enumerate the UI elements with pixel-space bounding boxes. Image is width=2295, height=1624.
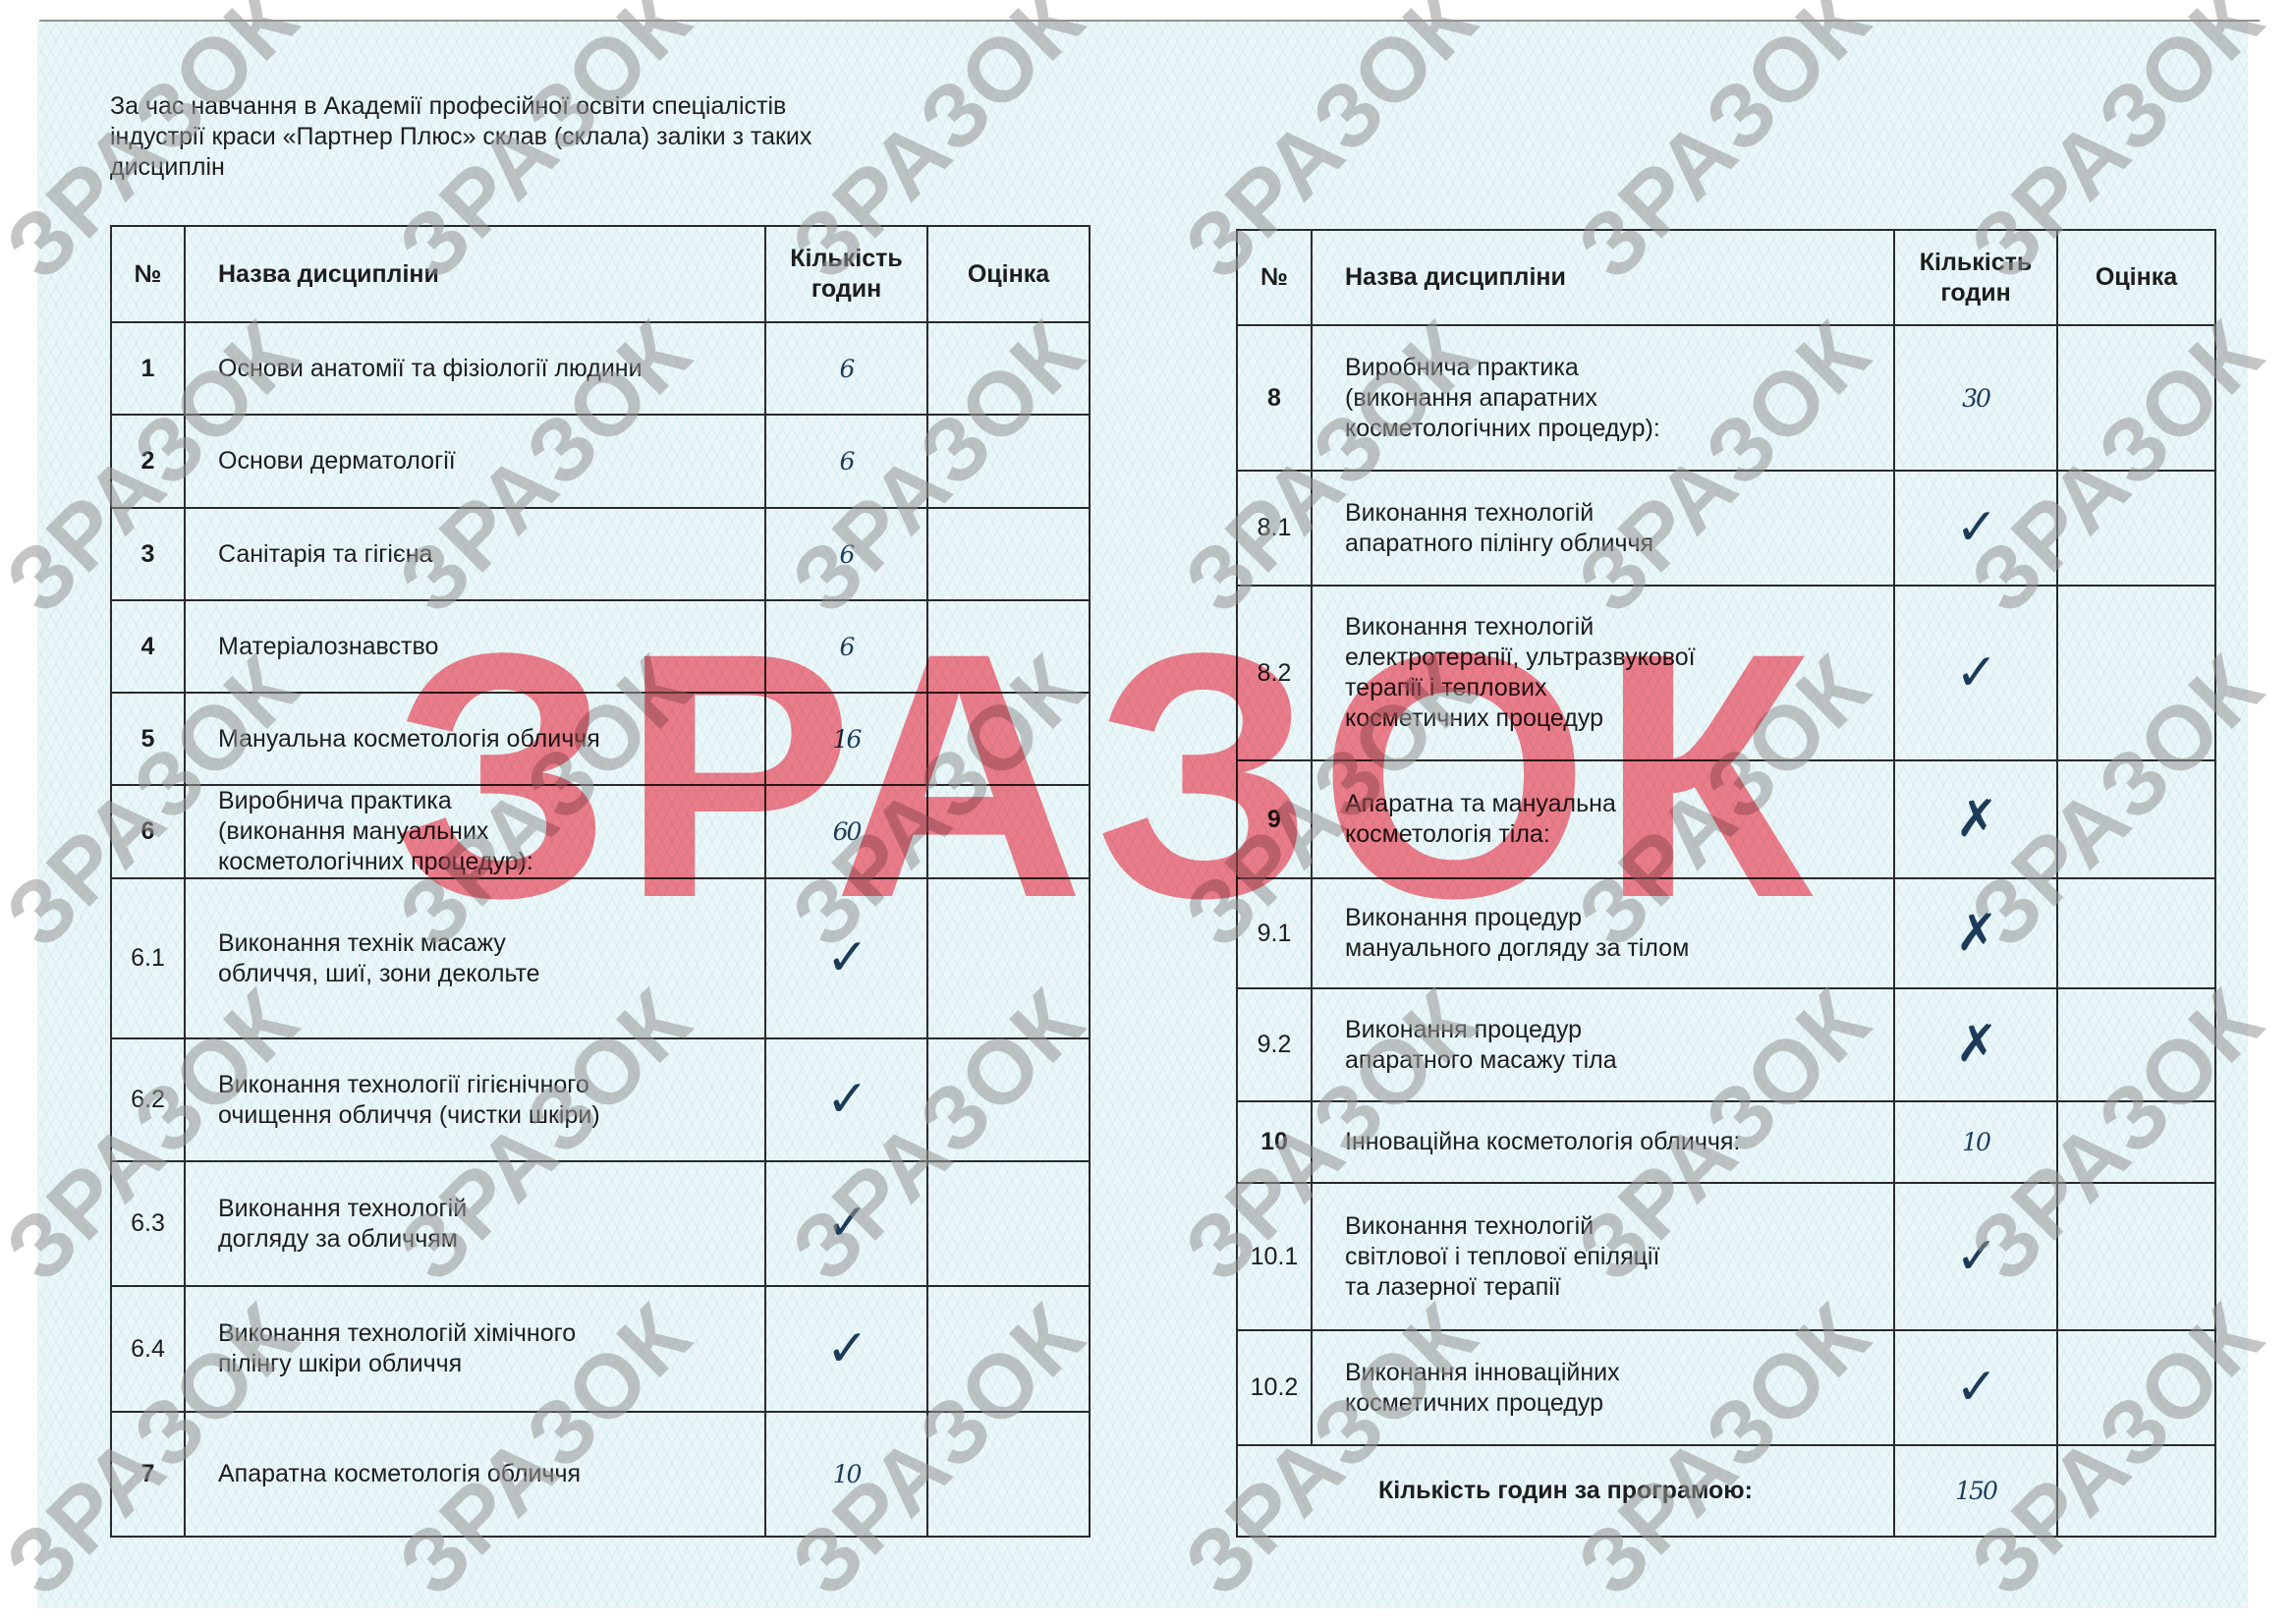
- hours-value: 6: [765, 508, 927, 600]
- hours-value: 60: [765, 785, 927, 878]
- table-row: 8.2Виконання технологійелектротерапії, у…: [1237, 586, 2215, 760]
- row-number: 6.1: [111, 878, 185, 1038]
- discipline-name-line: Виробнича практика: [1345, 353, 1885, 383]
- discipline-name-line: очищення обличчя (чистки шкіри): [218, 1100, 756, 1131]
- table-row: 10Інноваційна косметологія обличчя:10: [1237, 1101, 2215, 1183]
- checkmark-icon: ✓: [765, 1161, 927, 1286]
- discipline-name-line: догляду за обличчям: [218, 1224, 756, 1255]
- table-row: 2Основи дерматології6: [111, 415, 1090, 508]
- table-row: 9Апаратна та мануальнакосметологія тіла:…: [1237, 760, 2215, 878]
- table-row: 6Виробнича практика(виконання мануальних…: [111, 785, 1090, 878]
- grade-cell: [2057, 878, 2215, 988]
- grade-cell: [2057, 471, 2215, 586]
- grade-cell: [2057, 1101, 2215, 1183]
- hours-value: 6: [765, 415, 927, 508]
- total-hours: 150: [1894, 1445, 2057, 1537]
- header-hours: Кількість годин: [765, 226, 927, 322]
- grade-cell: [2057, 988, 2215, 1101]
- hours-value: 30: [1894, 325, 2057, 471]
- discipline-name-line: Виконання інноваційних: [1345, 1358, 1885, 1388]
- discipline-name-line: Виконання процедур: [1345, 903, 1885, 933]
- header-hours-line1: Кількість: [766, 244, 926, 274]
- cross-mark-icon: ✗: [1894, 988, 2057, 1101]
- total-label: Кількість годин за програмою:: [1237, 1445, 1894, 1537]
- cross-mark-icon: ✗: [1894, 878, 2057, 988]
- row-number: 9.1: [1237, 878, 1312, 988]
- discipline-name-line: Мануальна косметологія обличчя: [218, 724, 756, 755]
- discipline-name-line: світлової і теплової епіляції: [1345, 1242, 1885, 1272]
- grade-cell: [2057, 1183, 2215, 1330]
- cross-mark-icon: ✗: [1894, 760, 2057, 878]
- discipline-name: Виконання технологійелектротерапії, ульт…: [1312, 586, 1894, 760]
- row-number: 8.1: [1237, 471, 1312, 586]
- discipline-name-line: мануального догляду за тілом: [1345, 933, 1885, 964]
- row-number: 5: [111, 693, 185, 785]
- table-row: 6.1Виконання технік масажуобличчя, шиї, …: [111, 878, 1090, 1038]
- discipline-name-line: Основи дерматології: [218, 446, 756, 476]
- discipline-name-line: Інноваційна косметологія обличчя:: [1345, 1127, 1885, 1157]
- hours-value: 10: [765, 1412, 927, 1537]
- grade-cell: [927, 1161, 1090, 1286]
- header-grade: Оцінка: [927, 226, 1090, 322]
- table-row: 4Матеріалознавство6: [111, 600, 1090, 693]
- discipline-name-line: Виконання технології гігієнічного: [218, 1070, 756, 1100]
- discipline-name: Основи анатомії та фізіології людини: [185, 322, 765, 415]
- discipline-name-line: косметологія тіла:: [1345, 819, 1885, 850]
- row-number: 9: [1237, 760, 1312, 878]
- intro-line: індустрії краси «Партнер Плюс» склав (ск…: [110, 122, 1092, 152]
- disciplines-table-left: № Назва дисципліни Кількість годин Оцінк…: [110, 225, 1091, 1538]
- discipline-name: Мануальна косметологія обличчя: [185, 693, 765, 785]
- checkmark-icon: ✓: [1894, 1330, 2057, 1445]
- header-hours: Кількість годин: [1894, 230, 2057, 325]
- row-number: 7: [111, 1412, 185, 1537]
- discipline-name: Виробнича практика(виконання апаратнихко…: [1312, 325, 1894, 471]
- table-header-row: № Назва дисципліни Кількість годин Оцінк…: [1237, 230, 2215, 325]
- discipline-name-line: Виконання технологій: [1345, 1211, 1885, 1242]
- grade-cell: [2057, 325, 2215, 471]
- table-row: 10.1Виконання технологійсвітлової і тепл…: [1237, 1183, 2215, 1330]
- grade-cell: [927, 600, 1090, 693]
- discipline-name: Інноваційна косметологія обличчя:: [1312, 1101, 1894, 1183]
- table-row: 7Апаратна косметологія обличчя10: [111, 1412, 1090, 1537]
- discipline-name-line: Виробнича практика: [218, 786, 756, 816]
- discipline-name-line: Матеріалознавство: [218, 632, 756, 662]
- grade-cell: [2057, 1330, 2215, 1445]
- grade-cell: [927, 322, 1090, 415]
- header-hours-line2: годин: [1895, 278, 2056, 308]
- table-row: 8Виробнича практика(виконання апаратнихк…: [1237, 325, 2215, 471]
- total-grade: [2057, 1445, 2215, 1537]
- table-row: 5Мануальна косметологія обличчя16: [111, 693, 1090, 785]
- table-row: 1Основи анатомії та фізіології людини6: [111, 322, 1090, 415]
- discipline-name: Виконання технологійсвітлової і теплової…: [1312, 1183, 1894, 1330]
- grade-cell: [927, 1286, 1090, 1412]
- row-number: 8.2: [1237, 586, 1312, 760]
- discipline-name-line: (виконання апаратних: [1345, 383, 1885, 414]
- discipline-name-line: пілінгу шкіри обличчя: [218, 1349, 756, 1379]
- discipline-name-line: Виконання технологій: [1345, 498, 1885, 529]
- hours-value: 6: [765, 322, 927, 415]
- discipline-name-line: косметичних процедур: [1345, 703, 1885, 734]
- grade-cell: [927, 508, 1090, 600]
- discipline-name-line: Апаратна косметологія обличчя: [218, 1459, 756, 1489]
- row-number: 1: [111, 322, 185, 415]
- grade-cell: [927, 693, 1090, 785]
- discipline-name-line: Виконання процедур: [1345, 1015, 1885, 1045]
- discipline-name-line: Апаратна та мануальна: [1345, 789, 1885, 819]
- row-number: 6.4: [111, 1286, 185, 1412]
- discipline-name-line: апаратного масажу тіла: [1345, 1045, 1885, 1076]
- intro-line: За час навчання в Академії професійної о…: [110, 91, 1092, 122]
- header-number: №: [1237, 230, 1312, 325]
- discipline-name: Апаратна косметологія обличчя: [185, 1412, 765, 1537]
- discipline-name: Матеріалознавство: [185, 600, 765, 693]
- header-hours-line2: годин: [766, 274, 926, 305]
- disciplines-table-right: № Назва дисципліни Кількість годин Оцінк…: [1236, 229, 2216, 1538]
- discipline-name-line: Виконання технологій: [1345, 612, 1885, 643]
- hours-value: 10: [1894, 1101, 2057, 1183]
- discipline-name: Виконання технологійдогляду за обличчям: [185, 1161, 765, 1286]
- intro-paragraph: За час навчання в Академії професійної о…: [110, 91, 1092, 183]
- right-table-body: 8Виробнича практика(виконання апаратнихк…: [1237, 325, 2215, 1445]
- discipline-name: Основи дерматології: [185, 415, 765, 508]
- header-grade: Оцінка: [2057, 230, 2215, 325]
- discipline-name-line: Виконання технологій: [218, 1194, 756, 1224]
- grade-cell: [927, 785, 1090, 878]
- grade-cell: [927, 1038, 1090, 1161]
- discipline-name: Санітарія та гігієна: [185, 508, 765, 600]
- table-row: 9.1Виконання процедурмануального догляду…: [1237, 878, 2215, 988]
- row-number: 4: [111, 600, 185, 693]
- table-row: 6.4Виконання технологій хімічногопілінгу…: [111, 1286, 1090, 1412]
- hours-value: 6: [765, 600, 927, 693]
- discipline-name-line: та лазерної терапії: [1345, 1272, 1885, 1303]
- row-number: 9.2: [1237, 988, 1312, 1101]
- header-name: Назва дисципліни: [1312, 230, 1894, 325]
- discipline-name-line: апаратного пілінгу обличчя: [1345, 529, 1885, 559]
- grade-cell: [927, 415, 1090, 508]
- table-row: 6.2Виконання технології гігієнічногоочищ…: [111, 1038, 1090, 1161]
- checkmark-icon: ✓: [1894, 1183, 2057, 1330]
- row-number: 3: [111, 508, 185, 600]
- table-header-row: № Назва дисципліни Кількість годин Оцінк…: [111, 226, 1090, 322]
- discipline-name-line: Виконання технік масажу: [218, 928, 756, 959]
- discipline-name: Виконання технології гігієнічногоочищенн…: [185, 1038, 765, 1161]
- hours-value: 16: [765, 693, 927, 785]
- grade-cell: [2057, 760, 2215, 878]
- row-number: 2: [111, 415, 185, 508]
- row-number: 6.3: [111, 1161, 185, 1286]
- discipline-name: Виконання процедурапаратного масажу тіла: [1312, 988, 1894, 1101]
- discipline-name: Виконання технологій хімічногопілінгу шк…: [185, 1286, 765, 1412]
- discipline-name-line: Виконання технологій хімічного: [218, 1318, 756, 1349]
- discipline-name: Виконання технік масажуобличчя, шиї, зон…: [185, 878, 765, 1038]
- row-number: 10.2: [1237, 1330, 1312, 1445]
- discipline-name-line: косметичних процедур: [1345, 1388, 1885, 1419]
- discipline-name-line: косметологічних процедур):: [1345, 414, 1885, 444]
- row-number: 8: [1237, 325, 1312, 471]
- intro-line: дисциплін: [110, 152, 1092, 183]
- row-number: 6: [111, 785, 185, 878]
- table-row: 3Санітарія та гігієна6: [111, 508, 1090, 600]
- discipline-name-line: терапії і теплових: [1345, 673, 1885, 703]
- checkmark-icon: ✓: [1894, 586, 2057, 760]
- header-number: №: [111, 226, 185, 322]
- checkmark-icon: ✓: [765, 1286, 927, 1412]
- discipline-name: Виробнича практика(виконання мануальнихк…: [185, 785, 765, 878]
- discipline-name-line: косметологічних процедур):: [218, 847, 756, 877]
- discipline-name-line: Основи анатомії та фізіології людини: [218, 354, 756, 384]
- left-table-body: 1Основи анатомії та фізіології людини62О…: [111, 322, 1090, 1537]
- row-number: 10.1: [1237, 1183, 1312, 1330]
- discipline-name: Виконання інноваційнихкосметичних процед…: [1312, 1330, 1894, 1445]
- discipline-name: Виконання процедурмануального догляду за…: [1312, 878, 1894, 988]
- row-number: 10: [1237, 1101, 1312, 1183]
- total-row: Кількість годин за програмою: 150: [1237, 1445, 2215, 1537]
- grade-cell: [927, 1412, 1090, 1537]
- table-row: 9.2Виконання процедурапаратного масажу т…: [1237, 988, 2215, 1101]
- checkmark-icon: ✓: [1894, 471, 2057, 586]
- discipline-name-line: (виконання мануальних: [218, 816, 756, 847]
- grade-cell: [2057, 586, 2215, 760]
- grade-cell: [927, 878, 1090, 1038]
- checkmark-icon: ✓: [765, 1038, 927, 1161]
- table-row: 10.2Виконання інноваційнихкосметичних пр…: [1237, 1330, 2215, 1445]
- discipline-name-line: обличчя, шиї, зони декольте: [218, 959, 756, 989]
- table-row: 8.1Виконання технологійапаратного пілінг…: [1237, 471, 2215, 586]
- header-hours-line1: Кількість: [1895, 248, 2056, 278]
- checkmark-icon: ✓: [765, 878, 927, 1038]
- header-name: Назва дисципліни: [185, 226, 765, 322]
- discipline-name: Виконання технологійапаратного пілінгу о…: [1312, 471, 1894, 586]
- discipline-name-line: електротерапії, ультразвукової: [1345, 643, 1885, 673]
- discipline-name: Апаратна та мануальнакосметологія тіла:: [1312, 760, 1894, 878]
- row-number: 6.2: [111, 1038, 185, 1161]
- discipline-name-line: Санітарія та гігієна: [218, 539, 756, 570]
- table-row: 6.3Виконання технологійдогляду за обличч…: [111, 1161, 1090, 1286]
